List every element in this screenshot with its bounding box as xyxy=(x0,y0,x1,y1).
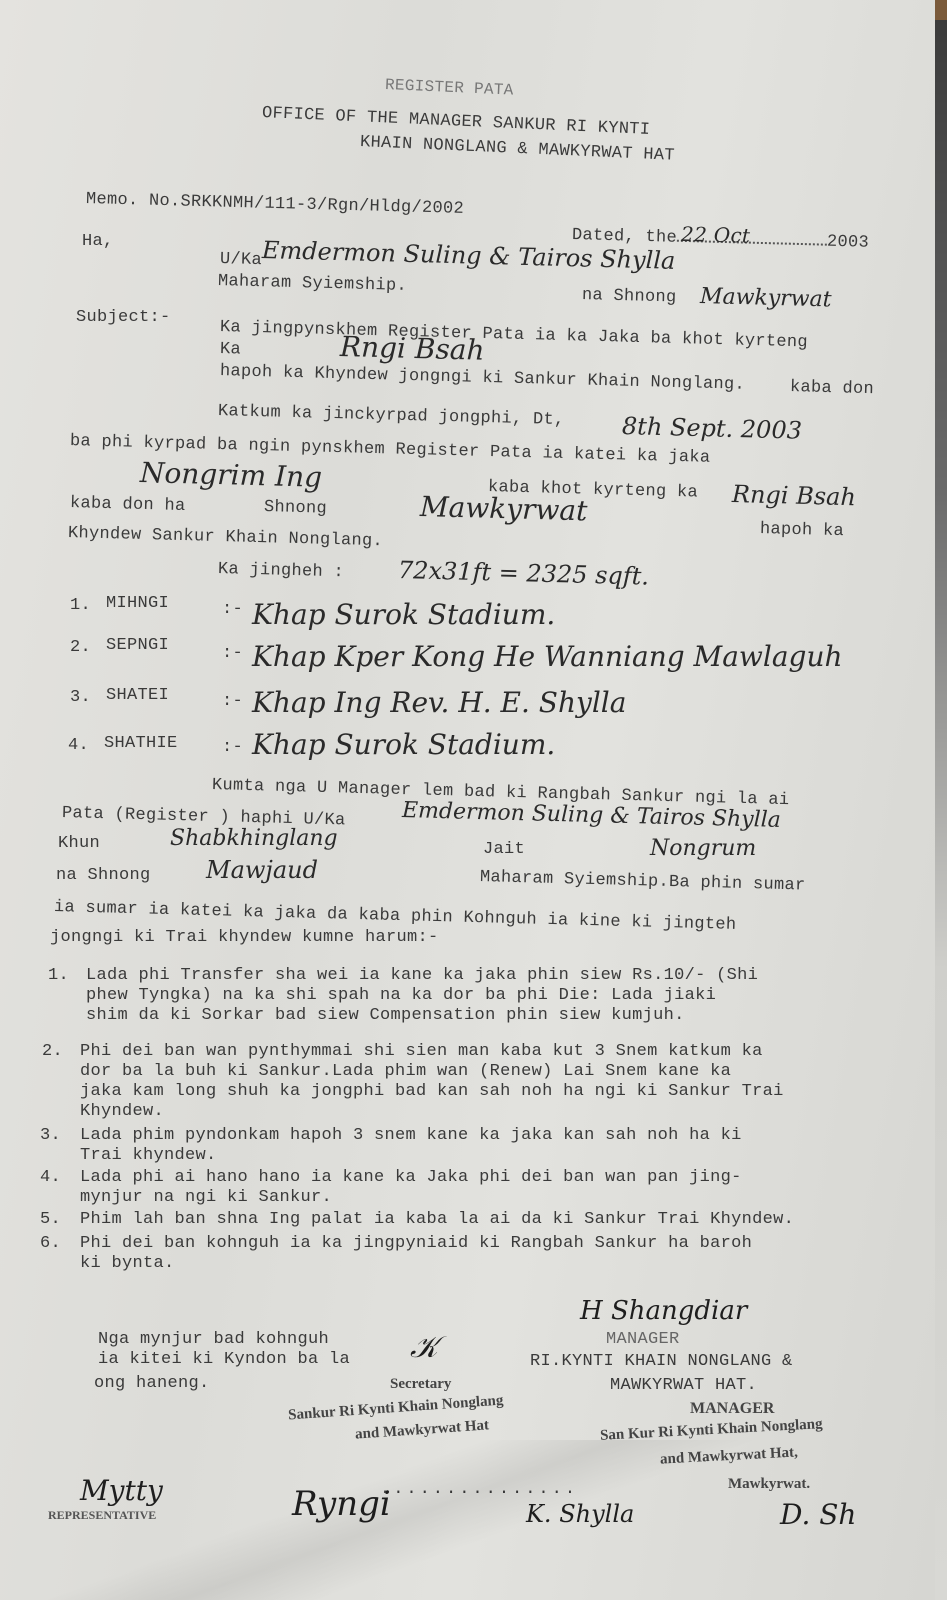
khun-handwritten: Shabkhinglang xyxy=(170,826,338,851)
boundary-label: SHATEI xyxy=(106,686,169,705)
condition-line: ki bynta. xyxy=(80,1254,175,1273)
approval-village-handwritten: Mawjaud xyxy=(206,856,318,884)
salutation: Ha, xyxy=(82,232,114,251)
body-shnong: Shnong xyxy=(264,498,327,519)
memo-number: Memo. No.SRKKNMH/111-3/Rgn/Hldg/2002 xyxy=(86,190,464,219)
manager-org-line2: MAWKYRWAT HAT. xyxy=(610,1376,757,1395)
condition-line: dor ba la buh ki Sankur.Lada phim wan (R… xyxy=(80,1062,731,1081)
subject-kaba-don: kaba don xyxy=(790,378,874,399)
date-handwritten: 22 Oct xyxy=(681,222,751,248)
approval-line6: jongngi ki Trai khyndew kumne harum:- xyxy=(50,928,439,947)
boundary-separator: :- xyxy=(222,644,243,663)
recipient-uka-label: U/Ka xyxy=(220,250,262,270)
condition-line: Lada phi ai hano hano ia kane ka Jaka ph… xyxy=(80,1168,742,1187)
secretary-stamp-title: Secretary xyxy=(390,1376,451,1393)
consent-line2: ia kitei ki Kyndon ba la xyxy=(98,1350,350,1369)
condition-line: Lada phi Transfer sha wei ia kane ka jak… xyxy=(86,966,758,985)
condition-number: 6. xyxy=(40,1234,61,1253)
boundary-separator: :- xyxy=(222,600,243,619)
memo-number-value: SRKKNMH/111-3/Rgn/Hldg/2002 xyxy=(180,192,464,218)
manager-signature: H Shangdiar xyxy=(580,1296,747,1326)
consent-line3: ong haneng. xyxy=(94,1374,210,1393)
boundary-number: 3. xyxy=(70,688,91,707)
boundary-separator: :- xyxy=(222,692,243,711)
paper-crease xyxy=(0,1440,940,1600)
memo-label: Memo. No. xyxy=(86,190,181,211)
subject-ka: Ka xyxy=(220,340,242,360)
boundary-number: 4. xyxy=(68,736,89,755)
manager-org-line1: RI.KYNTI KHAIN NONGLANG & xyxy=(530,1352,793,1371)
recipient-na-shnong: na Shnong xyxy=(582,286,677,307)
boundary-label: SHATHIE xyxy=(104,734,178,753)
khun-label: Khun xyxy=(58,834,100,853)
condition-number: 2. xyxy=(42,1042,63,1061)
manager-stamp-title: MANAGER xyxy=(690,1400,774,1418)
boundary-number: 2. xyxy=(70,638,91,657)
subject-label: Subject:- xyxy=(76,308,171,327)
boundary-number: 1. xyxy=(70,596,91,615)
condition-line: Phi dei ban kohnguh ia ka jingpyniaid ki… xyxy=(80,1234,752,1253)
condition-line: phew Tyngka) na ka shi spah na ka dor ba… xyxy=(86,986,716,1005)
boundary-label: MIHNGI xyxy=(106,594,169,613)
office-heading-line1: OFFICE OF THE MANAGER SANKUR RI KYNTI xyxy=(262,104,651,140)
plot-size-label: Ka jingheh : xyxy=(218,560,344,582)
condition-number: 1. xyxy=(48,966,69,985)
subject-place-handwritten: Rngi Bsah xyxy=(340,330,485,367)
condition-line: Khyndew. xyxy=(80,1102,164,1121)
subject-line1: Ka jingpynskhem Register Pata ia ka Jaka… xyxy=(220,318,808,352)
plot-place-handwritten: Nongrim Ing xyxy=(140,456,323,494)
condition-line: Trai khyndew. xyxy=(80,1146,217,1165)
recipient-maharam: Maharam Syiemship. xyxy=(218,272,407,296)
plot-name-handwritten: Rngi Bsah xyxy=(732,480,857,511)
recipient-village-handwritten: Mawkyrwat xyxy=(700,284,832,312)
plot-village-handwritten: Mawkyrwat xyxy=(420,490,588,527)
jait-label: Jait xyxy=(483,840,525,859)
manager-title: MANAGER xyxy=(606,1330,680,1349)
condition-line: Lada phim pyndonkam hapoh 3 snem kane ka… xyxy=(80,1126,742,1145)
subject-line3: hapoh ka Khyndew jongngi ki Sankur Khain… xyxy=(220,362,745,395)
consent-signature: 𝒦 xyxy=(410,1330,438,1365)
boundary-value: Khap Surok Stadium. xyxy=(252,598,555,631)
condition-number: 5. xyxy=(40,1210,61,1229)
condition-line: Phim lah ban shna Ing palat ia kaba la a… xyxy=(80,1210,794,1229)
application-date-handwritten: 8th Sept. 2003 xyxy=(622,412,803,445)
consent-line1: Nga mynjur bad kohnguh xyxy=(98,1330,329,1349)
approval-na-shnong: na Shnong xyxy=(56,866,151,885)
date-year: 2003 xyxy=(827,233,869,253)
condition-number: 4. xyxy=(40,1168,61,1187)
body-kaba-don: kaba don ha xyxy=(70,494,186,516)
document-page: REGISTER PATA OFFICE OF THE MANAGER SANK… xyxy=(0,0,935,1600)
boundary-value: Khap Surok Stadium. xyxy=(252,728,555,761)
body-hapoh: hapoh ka xyxy=(760,520,844,541)
condition-line: mynjur na ngi ki Sankur. xyxy=(80,1188,332,1207)
boundary-value: Khap Kper Kong He Wanniang Mawlaguh xyxy=(252,640,843,673)
body-intro: Katkum ka jinckyrpad jongphi, Dt, xyxy=(218,402,565,430)
body-line5: Khyndew Sankur Khain Nonglang. xyxy=(68,524,383,551)
jait-handwritten: Nongrum xyxy=(650,836,756,861)
approval-line4: Maharam Syiemship.Ba phin sumar xyxy=(480,868,806,896)
boundary-separator: :- xyxy=(222,738,243,757)
document-title: REGISTER PATA xyxy=(385,76,514,100)
condition-line: shim da ki Sorkar bad siew Compensation … xyxy=(86,1006,685,1025)
boundary-label: SEPNGI xyxy=(106,636,169,655)
boundary-value: Khap Ing Rev. H. E. Shylla xyxy=(252,686,626,719)
condition-number: 3. xyxy=(40,1126,61,1145)
condition-line: Phi dei ban wan pynthymmai shi sien man … xyxy=(80,1042,763,1061)
condition-line: jaka kam long shuh ka jongphi bad kan sa… xyxy=(80,1082,784,1101)
plot-size-handwritten: 72x31ft = 2325 sqft. xyxy=(398,556,650,591)
